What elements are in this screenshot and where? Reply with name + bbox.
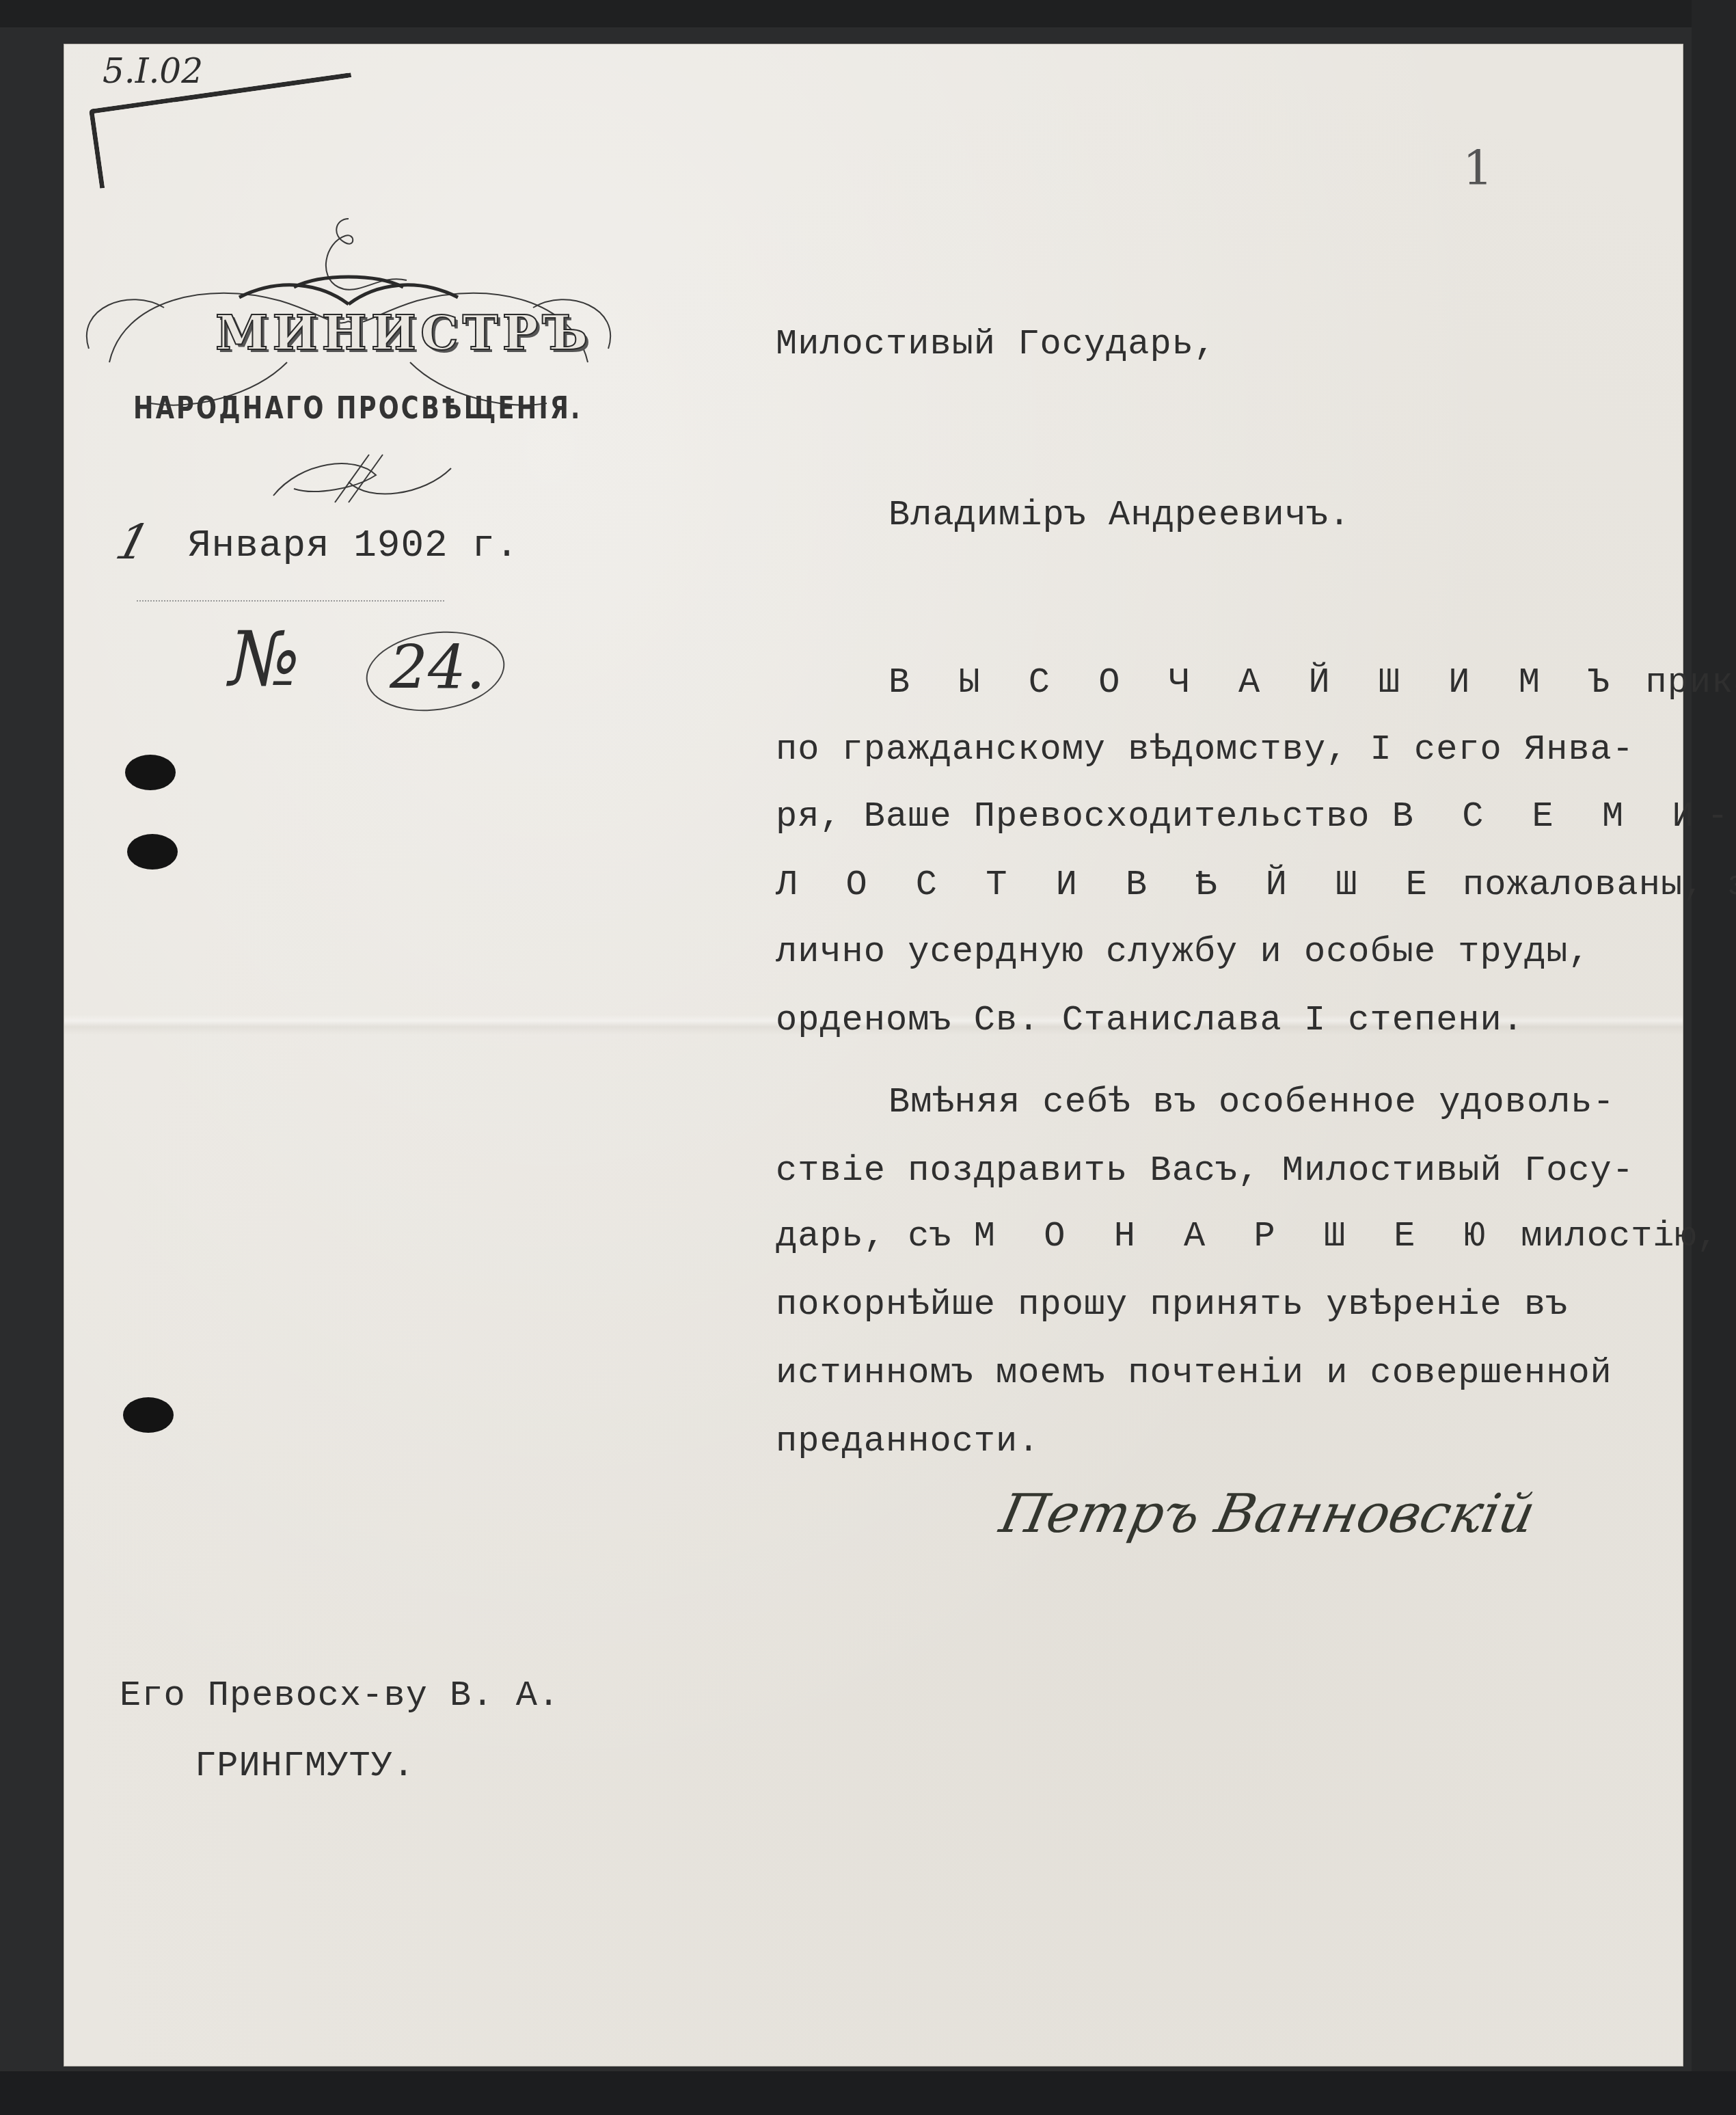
body-line: орденомъ Св. Станислава I степени.	[776, 1003, 1524, 1038]
body-line: лично усердную службу и особые труды,	[776, 934, 1590, 970]
body-line: Вмѣняя себѣ въ особенное удоволь-	[889, 1085, 1615, 1120]
body-text: истинномъ моемъ почтеніи и совершенной	[776, 1353, 1612, 1393]
addressee-name: Владиміръ Андреевичъ.	[889, 498, 1351, 533]
letterhead-divider-flourish-icon	[260, 448, 465, 509]
body-text: преданности.	[776, 1421, 1040, 1461]
scanner-frame-right	[1692, 0, 1736, 2115]
body-text: орденомъ Св. Станислава I степени.	[776, 1000, 1524, 1040]
body-line: преданности.	[776, 1424, 1040, 1459]
emphasized-spaced-text: В С Е М И-	[1392, 796, 1736, 837]
body-text: лично усердную службу и особые труды,	[776, 932, 1590, 972]
body-text: покорнѣйше прошу принять увѣреніе въ	[776, 1284, 1568, 1325]
recipient-line: Его Превосх-ву В. А.	[120, 1678, 560, 1714]
body-line: В Ы С О Ч А Й Ш И М Ъ приказомъ	[889, 665, 1736, 701]
scanner-frame-top	[0, 0, 1736, 27]
recipient-surname: ГРИНГМУТУ.	[195, 1749, 415, 1784]
body-text: по гражданскому вѣдомству, I сего Янва-	[776, 729, 1634, 770]
body-line: ствіе поздравить Васъ, Милостивый Госу-	[776, 1153, 1634, 1189]
body-line: дарь, съ М О Н А Р Ш Е Ю милостію,	[776, 1219, 1719, 1254]
body-text: Вмѣняя себѣ въ особенное удоволь-	[889, 1082, 1615, 1122]
punch-hole	[127, 834, 178, 870]
body-text: милостію,	[1499, 1216, 1719, 1256]
body-line: покорнѣйше прошу принять увѣреніе въ	[776, 1287, 1568, 1323]
body-text: пожалованы, за от-	[1441, 865, 1736, 905]
archive-date-note: 5.I.02	[103, 51, 203, 91]
body-line: истинномъ моемъ почтеніи и совершенной	[776, 1356, 1612, 1391]
sheet-number: 1	[1463, 140, 1493, 196]
scanner-frame-bottom	[0, 2071, 1736, 2115]
letterhead-title: МИНИСТРЪ	[215, 304, 592, 361]
body-line: Л О С Т И В Ѣ Й Ш Е пожалованы, за от-	[776, 867, 1736, 903]
body-text: ря, Ваше Превосходительство	[776, 796, 1392, 837]
signature: Петръ Ванновскій	[994, 1483, 1540, 1545]
number-prefix: №	[229, 615, 300, 703]
emphasized-spaced-text: Л О С Т И В Ѣ Й Ш Е	[776, 865, 1441, 905]
body-text: приказомъ	[1623, 662, 1736, 703]
body-line: по гражданскому вѣдомству, I сего Янва-	[776, 732, 1634, 768]
body-text: дарь, съ	[776, 1216, 974, 1256]
letterhead-subtitle: НАРОДНАГО ПРОСВѢЩЕНІЯ.	[133, 391, 582, 426]
punch-hole	[125, 755, 176, 790]
emphasized-spaced-text: М О Н А Р Ш Е Ю	[974, 1216, 1499, 1256]
emphasized-spaced-text: В Ы С О Ч А Й Ш И М Ъ	[889, 662, 1623, 703]
body-line: ря, Ваше Превосходительство В С Е М И-	[776, 799, 1736, 835]
date-dotted-line	[137, 600, 444, 602]
punch-hole	[123, 1397, 174, 1433]
letter-date: Января 1902 г.	[188, 526, 519, 565]
body-text: ствіе поздравить Васъ, Милостивый Госу-	[776, 1150, 1634, 1191]
salutation-line: Милостивый Государь,	[776, 327, 1216, 362]
